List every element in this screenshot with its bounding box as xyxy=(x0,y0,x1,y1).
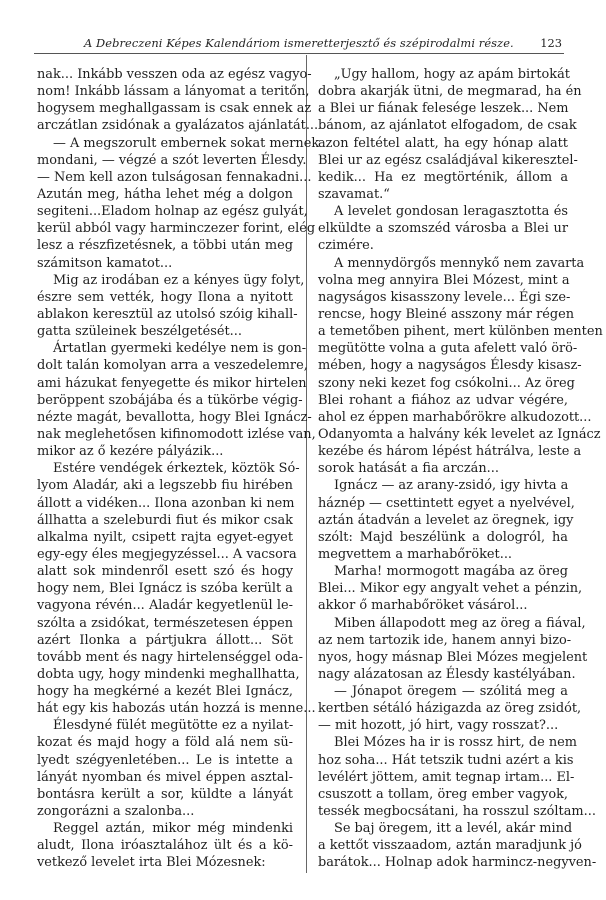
text-line: ahol ez éppen marhabőrökre alkudozott... xyxy=(318,409,568,426)
text-line: Blei rohant a fiához az udvar végére, xyxy=(318,392,568,409)
text-line: állott a vidéken... Ilona azonban ki nem xyxy=(37,495,293,512)
text-line: kerül abból vagy harminczezer forint, el… xyxy=(37,220,293,237)
text-line: észre sem vették, hogy Ilona a nyitott xyxy=(37,289,293,306)
text-line: tessék megbocsátani, ha rosszul szóltam.… xyxy=(318,803,568,820)
text-line: azon feltétel alatt, ha egy hónap alatt xyxy=(318,135,568,152)
text-line: kedik... Ha ez megtörténik, állom a xyxy=(318,169,568,186)
text-line: nak meglehetősen kifinomodott izlése van… xyxy=(37,426,293,443)
text-line: lányát nyomban és mivel éppen asztal- xyxy=(37,769,293,786)
text-line: nagy alázatosan az Élesdy kastélyában. xyxy=(318,666,568,683)
text-line: szavamat.“ xyxy=(318,186,568,203)
text-line: Blei ur az egész családjával kikeresztel… xyxy=(318,152,568,169)
text-line: ablakon keresztül az utolsó szóig kihall… xyxy=(37,306,293,323)
text-line: Ignácz — az arany-zsidó, igy hivta a xyxy=(318,477,568,494)
text-line: A mennydörgős mennykő nem zavarta xyxy=(318,255,568,272)
running-header: A Debreczeni Képes Kalendáriom ismerette… xyxy=(34,34,564,54)
text-column-right: „Ugy hallom, hogy az apám birtokátdobra … xyxy=(318,66,568,872)
text-line: azért Ilonka a pártjukra állott... Söt xyxy=(37,632,293,649)
text-line: Reggel aztán, mikor még mindenki xyxy=(37,820,293,837)
text-line: nom! Inkább lássam a lányomat a teritőn, xyxy=(37,83,293,100)
text-line: Odanyomta a halvány kék levelet az Ignác… xyxy=(318,426,568,443)
text-line: rencse, hogy Bleiné asszony már régen xyxy=(318,306,568,323)
text-line: szólt: Majd beszélünk a dologról, ha xyxy=(318,529,568,546)
header-rule xyxy=(34,53,564,54)
text-line: a Blei ur fiának felesége leszek... Nem xyxy=(318,100,568,117)
text-line: Blei... Mikor egy angyalt vehet a pénzin… xyxy=(318,580,568,597)
text-line: háznép — csettintett egyet a nyelvével, xyxy=(318,495,568,512)
text-line: hoz soha... Hát tetszik tudni azért a ki… xyxy=(318,752,568,769)
text-line: beröppent szobájába és a tükörbe végig- xyxy=(37,392,293,409)
text-line: megvettem a marhabőröket... xyxy=(318,546,568,563)
text-line: „Ugy hallom, hogy az apám birtokát xyxy=(318,66,568,83)
text-line: számitson kamatot... xyxy=(37,255,293,272)
text-line: szony neki kezet fog csókolni... Az öreg xyxy=(318,375,568,392)
text-line: vetkező levelet irta Blei Mózesnek: xyxy=(37,854,293,871)
text-line: csuszott a tollam, öreg ember vagyok, xyxy=(318,786,568,803)
text-line: szólta a zsidókat, természetesen éppen xyxy=(37,615,293,632)
text-line: az nem tartozik ide, hanem annyi bizo- xyxy=(318,632,568,649)
text-line: segiteni...Eladom holnap az egész gulyát… xyxy=(37,203,293,220)
running-header-title: A Debreczeni Képes Kalendáriom ismerette… xyxy=(84,36,514,50)
text-line: Estére vendégek érkeztek, köztök Só- xyxy=(37,460,293,477)
text-line: dobta ugy, hogy mindenki meghallhatta, xyxy=(37,666,293,683)
text-line: gatta szüleinek beszélgetését... xyxy=(37,323,293,340)
text-line: dolt talán komolyan arra a veszedelemre, xyxy=(37,357,293,374)
text-line: bánom, az ajánlatot elfogadom, de csak xyxy=(318,117,568,134)
text-line: a temetőben pihent, mert különben menten xyxy=(318,323,568,340)
text-line: sorok hatását a fia arczán... xyxy=(318,460,568,477)
text-line: dobra akarják ütni, de megmarad, ha én xyxy=(318,83,568,100)
text-line: alatt sok mindenről esett szó és hogy xyxy=(37,563,293,580)
text-line: kozat és majd hogy a föld alá nem sü- xyxy=(37,734,293,751)
text-line: ami házukat fenyegette és mikor hirtelen xyxy=(37,375,293,392)
text-line: aludt, Ilona iróasztalához ült és a kö- xyxy=(37,837,293,854)
text-line: Se baj öregem, itt a levél, akár mind xyxy=(318,820,568,837)
text-line: — Jónapot öregem — szólitá meg a xyxy=(318,683,568,700)
text-line: Marha! mormogott magába az öreg xyxy=(318,563,568,580)
text-line: lesz a részfizetésnek, a többi után meg xyxy=(37,237,293,254)
text-line: nak... Inkább vesszen oda az egész vagyo… xyxy=(37,66,293,83)
text-line: mikor az ő kezére pályázik... xyxy=(37,443,293,460)
text-line: Mig az irodában ez a kényes ügy folyt, xyxy=(37,272,293,289)
text-line: nézte magát, bevallotta, hogy Blei Ignác… xyxy=(37,409,293,426)
text-line: lyom Aladár, aki a legszebb fiu hirében xyxy=(37,477,293,494)
text-line: mondani, — végzé a szót leverten Élesdy. xyxy=(37,152,293,169)
text-line: czimére. xyxy=(318,237,568,254)
text-line: Blei Mózes ha ir is rossz hirt, de nem xyxy=(318,734,568,751)
text-line: alkalma nyilt, csipett rajta egyet-egyet xyxy=(37,529,293,546)
text-line: elküldte a szomszéd városba a Blei ur xyxy=(318,220,568,237)
text-line: kezébe és három lépést hátrálva, leste a xyxy=(318,443,568,460)
text-line: A levelet gondosan leragasztotta és xyxy=(318,203,568,220)
text-line: tovább ment és nagy hirtelenséggel oda- xyxy=(37,649,293,666)
text-line: Élesdyné fülét megütötte ez a nyilat- xyxy=(37,717,293,734)
text-line: vagyona révén... Aladár kegyetlenül le- xyxy=(37,597,293,614)
text-line: Miben állapodott meg az öreg a fiával, xyxy=(318,615,568,632)
text-line: lyedt szégyenletében... Le is intette a xyxy=(37,752,293,769)
text-line: — A megszorult embernek sokat mernek xyxy=(37,135,293,152)
text-line: hogysem meghallgassam is csak ennek az xyxy=(37,100,293,117)
text-line: állhatta a szeleburdi fiut és mikor csak xyxy=(37,512,293,529)
text-line: kertben sétáló házigazda az öreg zsidót, xyxy=(318,700,568,717)
text-line: megütötte volna a guta afelett való örö- xyxy=(318,340,568,357)
text-line: hogy ha megkérné a kezét Blei Ignácz, xyxy=(37,683,293,700)
text-line: levélért jöttem, amit tegnap irtam... El… xyxy=(318,769,568,786)
text-line: — mit hozott, jó hirt, vagy rosszat?... xyxy=(318,717,568,734)
text-line: egy-egy éles megjegyzéssel... A vacsora xyxy=(37,546,293,563)
text-line: aztán átadván a levelet az öregnek, igy xyxy=(318,512,568,529)
text-line: zongorázni a szalonba... xyxy=(37,803,293,820)
text-line: volna meg annyira Blei Mózest, mint a xyxy=(318,272,568,289)
text-line: nyos, hogy másnap Blei Mózes megjelent xyxy=(318,649,568,666)
text-line: Ártatlan gyermeki kedélye nem is gon- xyxy=(37,340,293,357)
text-line: arczátlan zsidónak a gyalázatos ajánlatá… xyxy=(37,117,293,134)
text-line: — Nem kell azon tulságosan fennakadni... xyxy=(37,169,293,186)
text-line: Azután meg, hátha lehet még a dolgon xyxy=(37,186,293,203)
page-number: 123 xyxy=(540,36,562,50)
text-line: mében, hogy a nagyságos Élesdy kisasz- xyxy=(318,357,568,374)
text-line: bontásra került a sor, küldte a lányát xyxy=(37,786,293,803)
text-line: nagyságos kisasszony levele... Égi sze- xyxy=(318,289,568,306)
text-line: akkor ő marhabőröket vásárol... xyxy=(318,597,568,614)
text-line: a kettőt visszaadom, aztán maradjunk jó xyxy=(318,837,568,854)
text-line: hát egy kis habozás után hozzá is menne.… xyxy=(37,700,293,717)
text-column-left: nak... Inkább vesszen oda az egész vagyo… xyxy=(37,66,293,872)
text-line: barátok... Holnap adok harmincz-negyven- xyxy=(318,854,568,871)
text-line: hogy nem, Blei Ignácz is szóba került a xyxy=(37,580,293,597)
